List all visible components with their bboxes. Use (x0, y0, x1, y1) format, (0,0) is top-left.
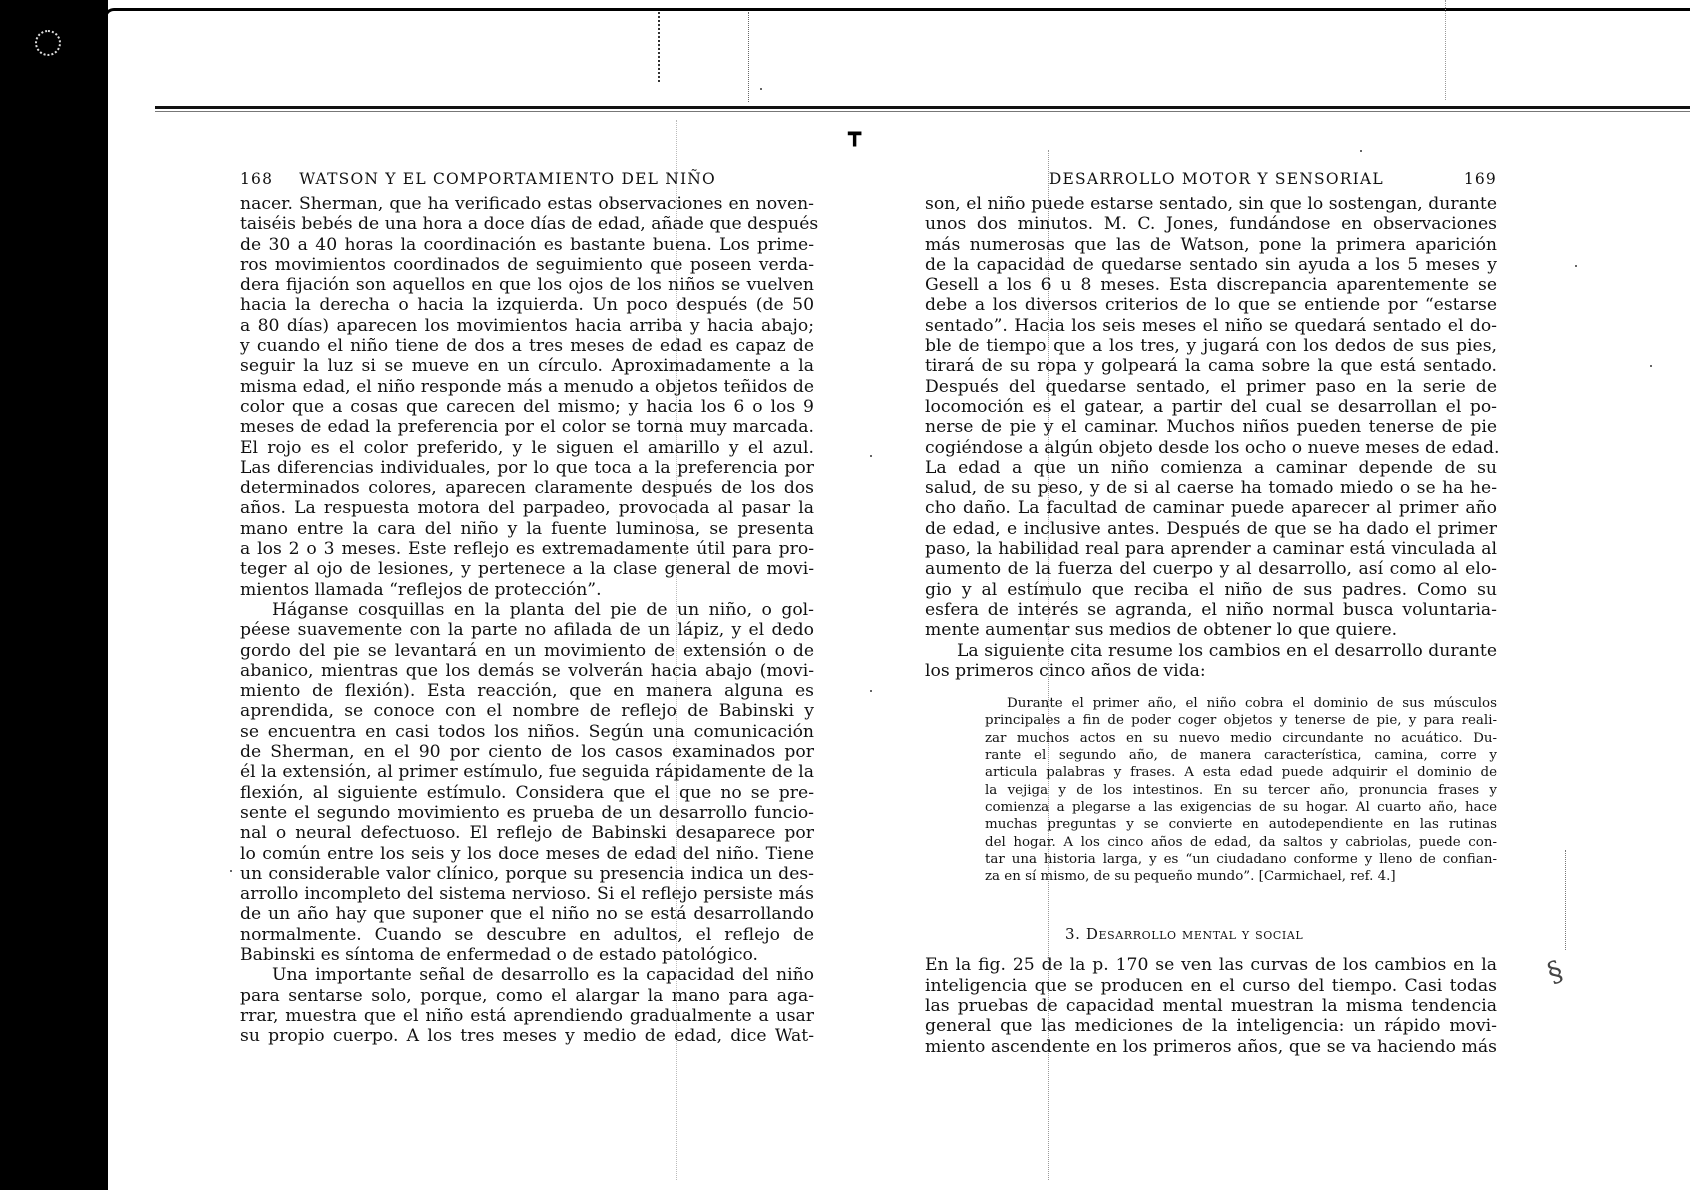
text-line: teger al ojo de lesiones, y pertenece a … (240, 559, 814, 579)
text-line: sentado”. Hacia los seis meses el niño s… (925, 316, 1497, 336)
top-rule-shadow (155, 111, 1690, 112)
text-line: ble de tiempo que a los tres, y jugará c… (925, 336, 1497, 356)
text-line: tirará de su ropa y golpeará la cama sob… (925, 356, 1497, 376)
text-line: cho daño. La facultad de caminar puede a… (925, 498, 1497, 518)
text-line: años. La respuesta motora del parpadeo, … (240, 498, 814, 518)
text-line: Las diferencias individuales, por lo que… (240, 458, 814, 478)
text-line: aumento de la fuerza del cuerpo y al des… (925, 559, 1497, 579)
text-line: salud, de su peso, y de si al caerse ha … (925, 478, 1497, 498)
text-line: La siguiente cita resume los cambios en … (925, 641, 1497, 661)
text-line: sente el segundo movimiento es prueba de… (240, 803, 814, 823)
text-line: su propio cuerpo. A los tres meses y med… (240, 1026, 814, 1046)
text-line: mano entre la cara del niño y la fuente … (240, 519, 814, 539)
text-line: debe a los diversos criterios de lo que … (925, 295, 1497, 315)
text-line: rrar, muestra que el niño está aprendien… (240, 1006, 814, 1026)
text-line: Háganse cosquillas en la planta del pie … (240, 600, 814, 620)
block-quote: Durante el primer año, el niño cobra el … (985, 695, 1497, 885)
scan-streak (1445, 0, 1448, 100)
text-line: seguir la luz si se mueve en un círculo.… (240, 356, 814, 376)
text-line: flexión, al siguiente estímulo. Consider… (240, 783, 814, 803)
section-heading: 3. Desarrollo mental y social (925, 925, 1497, 945)
text-line: las pruebas de capacidad mental muestran… (925, 996, 1497, 1016)
text-line: y cuando el niño tiene de dos a tres mes… (240, 336, 814, 356)
text-line: nerse de pie y el caminar. Muchos niños … (925, 417, 1497, 437)
scan-streak (658, 12, 662, 82)
text-line: gio y al estímulo que reciba el niño de … (925, 580, 1497, 600)
text-line: meses de edad la preferencia por el colo… (240, 417, 814, 437)
scanner-black-margin (0, 0, 108, 1190)
text-line: de la capacidad de quedarse sentado sin … (925, 255, 1497, 275)
text-line: él la extensión, al primer estímulo, fue… (240, 762, 814, 782)
running-head-title: WATSON Y EL COMPORTAMIENTO DEL NIÑO (299, 170, 814, 188)
text-line: comienza a plegarse a las exigencias de … (985, 799, 1497, 816)
text-line: del hogar. A los cinco años de edad, da … (985, 834, 1497, 851)
text-line: a 80 días) aparecen los movimientos haci… (240, 316, 814, 336)
text-line: principales a fin de poder coger objetos… (985, 712, 1497, 729)
right-page: DESARROLLO MOTOR Y SENSORIAL 169 son, el… (925, 170, 1497, 1057)
text-line: péese suavemente con la parte no afilada… (240, 620, 814, 640)
section-body-text: En la fig. 25 de la p. 170 se ven las cu… (925, 955, 1497, 1056)
left-body-text: nacer. Sherman, que ha verificado estas … (240, 194, 814, 1046)
text-line: la vejiga y de los intestinos. En su ter… (985, 782, 1497, 799)
text-line: abanico, mientras que los demás se volve… (240, 661, 814, 681)
text-line: Una importante señal de desarrollo es la… (240, 965, 814, 985)
text-line: tar una historia larga, y es “un ciudada… (985, 851, 1497, 868)
page-number: 168 (240, 170, 273, 188)
text-line: mente aumentar sus medios de obtener lo … (925, 620, 1497, 640)
text-line: dera fijación son aquellos en que los oj… (240, 275, 814, 295)
text-line: esfera de interés se agranda, el niño no… (925, 600, 1497, 620)
text-line: los primeros cinco años de vida: (925, 661, 1497, 681)
text-line: nal o neural defectuoso. El reflejo de B… (240, 823, 814, 843)
text-line: El rojo es el color preferido, y le sigu… (240, 438, 814, 458)
scan-artifact (35, 30, 61, 56)
page-top-edge (104, 8, 1690, 21)
text-line: gordo del pie se levantará en un movimie… (240, 641, 814, 661)
text-line: La edad a que un niño comienza a caminar… (925, 458, 1497, 478)
text-line: cogiéndose a algún objeto desde los ocho… (925, 438, 1497, 458)
page-number: 169 (1464, 170, 1497, 188)
section-number: 3. (1065, 925, 1081, 943)
text-line: ros movimientos coordinados de seguimien… (240, 255, 814, 275)
text-line: Durante el primer año, el niño cobra el … (985, 695, 1497, 712)
text-line: nacer. Sherman, que ha verificado estas … (240, 194, 814, 214)
right-body-text: son, el niño puede estarse sentado, sin … (925, 194, 1497, 681)
text-line: de Sherman, en el 90 por ciento de los c… (240, 742, 814, 762)
text-line: zar muchos actos en su nuevo medio circu… (985, 730, 1497, 747)
text-line: lo común entre los seis y los doce meses… (240, 844, 814, 864)
text-line: mientos llamada “reflejos de protección”… (240, 580, 814, 600)
text-line: articula palabras y frases. A esta edad … (985, 764, 1497, 781)
text-line: determinados colores, aparecen clarament… (240, 478, 814, 498)
text-line: unos dos minutos. M. C. Jones, fundándos… (925, 214, 1497, 234)
text-line: paso, la habilidad real para aprender a … (925, 539, 1497, 559)
top-rule (155, 106, 1690, 109)
text-line: inteligencia que se producen en el curso… (925, 976, 1497, 996)
text-line: color que a cosas que carecen del mismo;… (240, 397, 814, 417)
text-line: de edad, e inclusive antes. Después de q… (925, 519, 1497, 539)
text-line: rante el segundo año, de manera caracter… (985, 747, 1497, 764)
text-line: más numerosas que las de Watson, pone la… (925, 235, 1497, 255)
text-line: aprendida, se conoce con el nombre de re… (240, 701, 814, 721)
text-line: arrollo incompleto del sistema nervioso.… (240, 884, 814, 904)
text-line: son, el niño puede estarse sentado, sin … (925, 194, 1497, 214)
text-line: para sentarse solo, porque, como el alar… (240, 986, 814, 1006)
text-line: misma edad, el niño responde más a menud… (240, 377, 814, 397)
text-line: a los 2 o 3 meses. Este reflejo es extre… (240, 539, 814, 559)
text-line: general que las mediciones de la intelig… (925, 1016, 1497, 1036)
text-line: za en sí mismo, de su pequeño mundo”. [C… (985, 868, 1497, 885)
text-line: En la fig. 25 de la p. 170 se ven las cu… (925, 955, 1497, 975)
text-line: se encuentra en casi todos los niños. Se… (240, 722, 814, 742)
binding-mark-icon: ┳ (848, 124, 861, 146)
right-running-head: DESARROLLO MOTOR Y SENSORIAL 169 (925, 170, 1497, 194)
text-line: un considerable valor clínico, porque su… (240, 864, 814, 884)
text-line: miento de flexión). Esta reacción, que e… (240, 681, 814, 701)
left-running-head: 168 WATSON Y EL COMPORTAMIENTO DEL NIÑO (240, 170, 814, 194)
text-line: de un año hay que suponer que el niño no… (240, 904, 814, 924)
text-line: de 30 a 40 horas la coordinación es bast… (240, 235, 814, 255)
left-page: 168 WATSON Y EL COMPORTAMIENTO DEL NIÑO … (240, 170, 814, 1046)
text-line: normalmente. Cuando se descubre en adult… (240, 925, 814, 945)
text-line: taiséis bebés de una hora a doce días de… (240, 214, 814, 234)
text-line: miento ascendente en los primeros años, … (925, 1037, 1497, 1057)
scan-streak (748, 12, 751, 102)
text-line: locomoción es el gatear, a partir del cu… (925, 397, 1497, 417)
text-line: hacia la derecha o hacia la izquierda. U… (240, 295, 814, 315)
text-line: muchas preguntas y se convierte en autod… (985, 816, 1497, 833)
text-line: Babinski es síntoma de enfermedad o de e… (240, 945, 814, 965)
scan-streak (1565, 850, 1568, 950)
running-head-title: DESARROLLO MOTOR Y SENSORIAL (925, 170, 1384, 188)
text-line: Gesell a los 6 u 8 meses. Esta discrepan… (925, 275, 1497, 295)
text-line: Después del quedarse sentado, el primer … (925, 377, 1497, 397)
section-title: Desarrollo mental y social (1086, 925, 1303, 943)
margin-scribble-icon: § (1543, 954, 1567, 990)
